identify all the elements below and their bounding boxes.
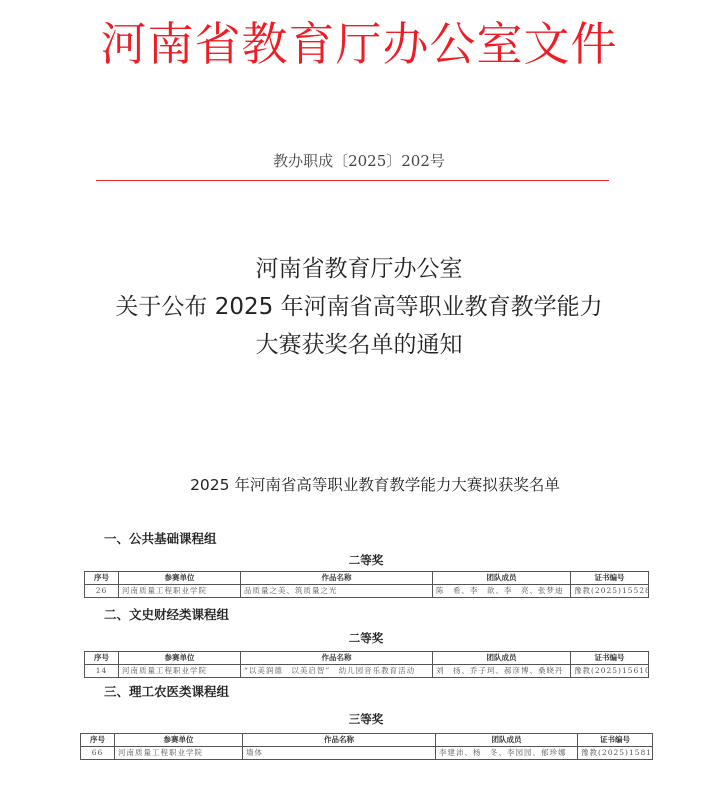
cell-work: 墙体 [243, 747, 436, 760]
cell-unit: 河南质量工程职业学院 [119, 665, 241, 678]
document-number: 教办职成〔2025〕202号 [0, 150, 718, 172]
cell-members: 陈 希、李 歆、李 亮、张梦迪 [433, 585, 571, 598]
group-heading-science-engineering: 三、理工农医类课程组 [104, 683, 229, 701]
cell-unit: 河南质量工程职业学院 [119, 585, 241, 598]
award-list-title: 2025 年河南省高等职业教育教学能力大赛拟获奖名单 [150, 473, 600, 497]
table-header-row: 序号 参赛单位 作品名称 团队成员 证书编号 [81, 734, 653, 747]
notice-title-line-3: 大赛获奖名单的通知 [0, 326, 718, 364]
cell-no: 26 [85, 585, 119, 598]
col-header-no: 序号 [81, 734, 115, 747]
cell-no: 14 [85, 665, 119, 678]
table-row: 66 河南质量工程职业学院 墙体 李建沛、杨 冬、李园园、郁珍娜 豫教(2025… [81, 747, 653, 760]
prize-level: 二等奖 [84, 552, 648, 568]
cell-cert: 豫教(2025)15528 [571, 585, 649, 598]
issuer-title: 河南省教育厅办公室文件 [0, 14, 718, 74]
cell-cert: 豫教(2025)15610 [571, 665, 649, 678]
table-header-row: 序号 参赛单位 作品名称 团队成员 证书编号 [85, 572, 649, 585]
red-divider [96, 180, 609, 181]
award-table: 序号 参赛单位 作品名称 团队成员 证书编号 14 河南质量工程职业学院 “以美… [84, 651, 649, 678]
col-header-unit: 参赛单位 [115, 734, 243, 747]
notice-title-line-1: 河南省教育厅办公室 [0, 250, 718, 288]
col-header-unit: 参赛单位 [119, 572, 241, 585]
cell-no: 66 [81, 747, 115, 760]
cell-members: 李建沛、杨 冬、李园园、郁珍娜 [436, 747, 578, 760]
col-header-cert: 证书编号 [571, 652, 649, 665]
award-table: 序号 参赛单位 作品名称 团队成员 证书编号 66 河南质量工程职业学院 墙体 … [80, 733, 653, 760]
group-heading-humanities-finance: 二、文史财经类课程组 [104, 606, 229, 624]
col-header-no: 序号 [85, 572, 119, 585]
col-header-work: 作品名称 [243, 734, 436, 747]
col-header-members: 团队成员 [433, 652, 571, 665]
col-header-unit: 参赛单位 [119, 652, 241, 665]
col-header-cert: 证书编号 [571, 572, 649, 585]
cell-work: 品质量之美、筑质量之光 [241, 585, 433, 598]
notice-title-line-2: 关于公布 2025 年河南省高等职业教育教学能力 [0, 288, 718, 326]
table-row: 14 河南质量工程职业学院 “以美润德 以美启智” 幼儿园音乐教育活动 刘 扬、… [85, 665, 649, 678]
prize-level: 二等奖 [84, 630, 648, 646]
col-header-members: 团队成员 [433, 572, 571, 585]
award-table: 序号 参赛单位 作品名称 团队成员 证书编号 26 河南质量工程职业学院 品质量… [84, 571, 649, 598]
table-row: 26 河南质量工程职业学院 品质量之美、筑质量之光 陈 希、李 歆、李 亮、张梦… [85, 585, 649, 598]
cell-members: 刘 扬、乔子珂、郝彦博、桑晓丹 [433, 665, 571, 678]
cell-cert: 豫教(2025)15817 [578, 747, 653, 760]
col-header-work: 作品名称 [241, 572, 433, 585]
table-header-row: 序号 参赛单位 作品名称 团队成员 证书编号 [85, 652, 649, 665]
col-header-cert: 证书编号 [578, 734, 653, 747]
cell-work: “以美润德 以美启智” 幼儿园音乐教育活动 [241, 665, 433, 678]
col-header-no: 序号 [85, 652, 119, 665]
notice-title: 河南省教育厅办公室 关于公布 2025 年河南省高等职业教育教学能力 大赛获奖名… [0, 250, 718, 364]
cell-unit: 河南质量工程职业学院 [115, 747, 243, 760]
prize-level: 三等奖 [80, 711, 652, 727]
col-header-members: 团队成员 [436, 734, 578, 747]
group-heading-public-basic: 一、公共基础课程组 [104, 530, 217, 548]
col-header-work: 作品名称 [241, 652, 433, 665]
